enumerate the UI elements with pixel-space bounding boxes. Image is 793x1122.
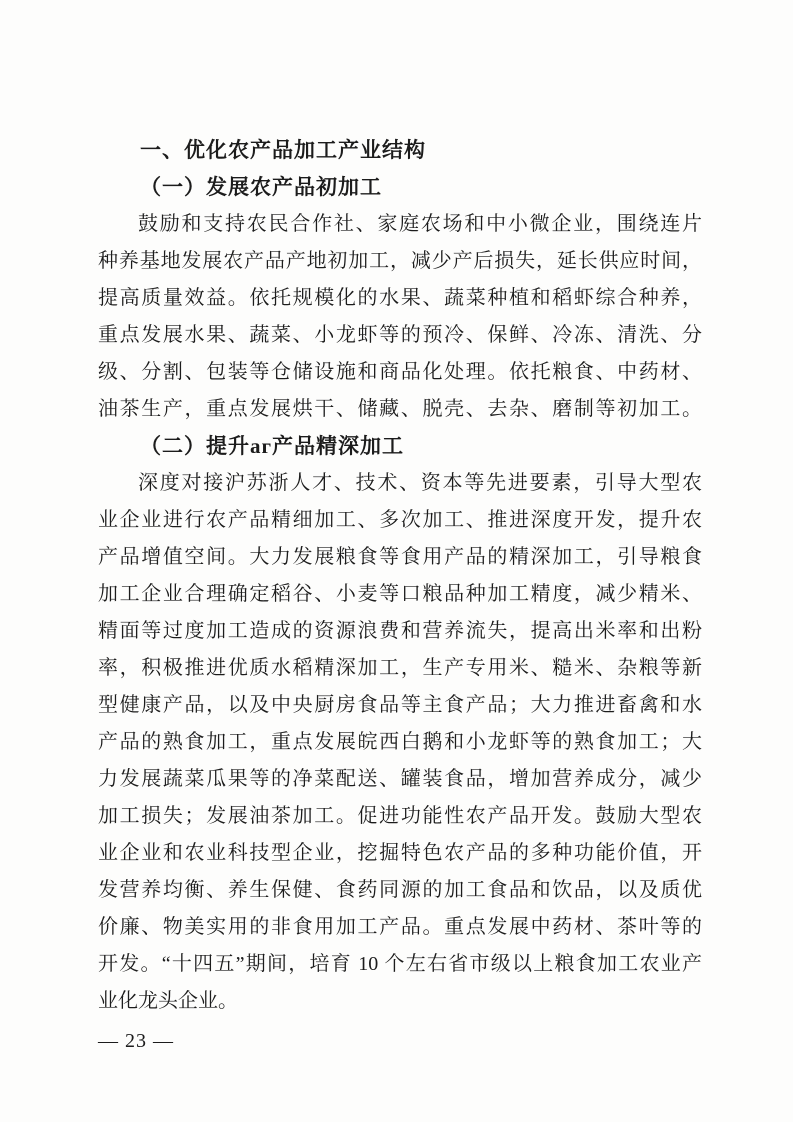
- text-line: 深度对接沪苏浙人才、技术、资本等先进要素，引导大型农: [98, 465, 702, 502]
- text-line: 提高质量效益。依托规模化的水果、蔬菜种植和稻虾综合种养，: [98, 280, 702, 317]
- text-line: 加工企业合理确定稻谷、小麦等口粮品种加工精度，减少精米、: [98, 576, 702, 613]
- document-body: 一、优化农产品加工产业结构（一）发展农产品初加工鼓励和支持农民合作社、家庭农场和…: [98, 132, 702, 1020]
- text-line: 鼓励和支持农民合作社、家庭农场和中小微企业，围绕连片: [98, 206, 702, 243]
- text-line: 加工损失；发展油茶加工。促进功能性农产品开发。鼓励大型农: [98, 798, 702, 835]
- text-line: 价廉、物美实用的非食用加工产品。重点发展中药材、茶叶等的: [98, 909, 702, 946]
- text-line: 业企业进行农产品精细加工、多次加工、推进深度开发，提升农: [98, 502, 702, 539]
- text-line: 发营养均衡、养生保健、食药同源的加工食品和饮品，以及质优: [98, 872, 702, 909]
- text-line: 种养基地发展农产品产地初加工，减少产后损失，延长供应时间，: [98, 243, 702, 280]
- heading-line: （一）发展农产品初加工: [98, 169, 702, 206]
- text-line: 业化龙头企业。: [98, 983, 702, 1020]
- text-line: 产品增值空间。大力发展粮食等食用产品的精深加工，引导粮食: [98, 539, 702, 576]
- text-line: 产品的熟食加工，重点发展皖西白鹅和小龙虾等的熟食加工；大: [98, 724, 702, 761]
- text-line: 重点发展水果、蔬菜、小龙虾等的预冷、保鲜、冷冻、清洗、分: [98, 317, 702, 354]
- heading-line: 一、优化农产品加工产业结构: [98, 132, 702, 169]
- document-page: 一、优化农产品加工产业结构（一）发展农产品初加工鼓励和支持农民合作社、家庭农场和…: [0, 0, 793, 1122]
- text-line: 开发。“十四五”期间，培育 10 个左右省市级以上粮食加工农业产: [98, 946, 702, 983]
- text-line: 率，积极推进优质水稻精深加工，生产专用米、糙米、杂粮等新: [98, 650, 702, 687]
- text-line: 型健康产品，以及中央厨房食品等主食产品；大力推进畜禽和水: [98, 687, 702, 724]
- text-line: 级、分割、包装等仓储设施和商品化处理。依托粮食、中药材、: [98, 354, 702, 391]
- heading-line: （二）提升аг产品精深加工: [98, 428, 702, 465]
- text-line: 力发展蔬菜瓜果等的净菜配送、罐装食品，增加营养成分，减少: [98, 761, 702, 798]
- text-line: 油茶生产，重点发展烘干、储藏、脱壳、去杂、磨制等初加工。: [98, 391, 702, 428]
- page-number: — 23 —: [98, 1026, 174, 1056]
- text-line: 精面等过度加工造成的资源浪费和营养流失，提高出米率和出粉: [98, 613, 702, 650]
- text-line: 业企业和农业科技型企业，挖掘特色农产品的多种功能价值，开: [98, 835, 702, 872]
